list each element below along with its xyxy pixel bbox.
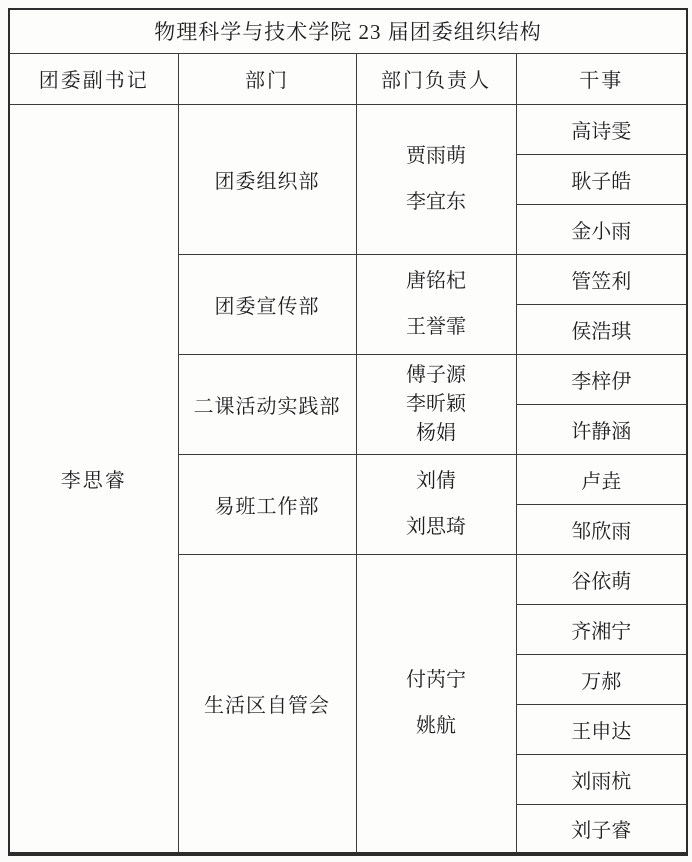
org-structure-table: 物理科学与技术学院 23 届团委组织结构 团委副书记 部门 部门负责人 干事 李… — [8, 8, 688, 856]
leader-name: 杨娟 — [416, 422, 456, 444]
dept-cell-publicity: 团委宣传部 — [178, 254, 356, 354]
staff-cell: 刘子睿 — [516, 804, 687, 854]
leaders-cell-publicity: 唐铭杞 王誉霏 — [356, 254, 516, 354]
table-title: 物理科学与技术学院 23 届团委组织结构 — [9, 9, 687, 53]
header-deputy-secretary: 团委副书记 — [9, 53, 178, 104]
dept-cell-organization: 团委组织部 — [178, 104, 356, 254]
header-row: 团委副书记 部门 部门负责人 干事 — [9, 53, 687, 104]
staff-cell: 王申达 — [516, 704, 687, 754]
leaders-cell-living-area: 付芮宁 姚航 — [356, 554, 516, 854]
leader-name: 傅子源 — [406, 364, 466, 386]
leader-stack: 贾雨萌 李宜东 — [357, 145, 516, 213]
leader-name: 刘思琦 — [406, 516, 466, 538]
leader-stack: 傅子源 李昕颖 杨娟 — [357, 364, 516, 444]
leader-name: 刘倩 — [416, 470, 456, 492]
leader-name: 唐铭杞 — [406, 270, 466, 292]
staff-cell: 管笠利 — [516, 254, 687, 304]
staff-cell: 万郝 — [516, 654, 687, 704]
staff-cell: 金小雨 — [516, 204, 687, 254]
leader-name: 付芮宁 — [406, 669, 466, 691]
header-department-head: 部门负责人 — [356, 53, 516, 104]
staff-cell: 李梓伊 — [516, 354, 687, 404]
leaders-cell-yiban: 刘倩 刘思琦 — [356, 454, 516, 554]
dept-cell-second-class: 二课活动实践部 — [178, 354, 356, 454]
staff-row: 李思睿 团委组织部 贾雨萌 李宜东 高诗雯 — [9, 104, 687, 154]
staff-cell: 耿子皓 — [516, 154, 687, 204]
staff-cell: 邹欣雨 — [516, 504, 687, 554]
staff-cell: 卢垚 — [516, 454, 687, 504]
staff-cell: 侯浩琪 — [516, 304, 687, 354]
staff-cell: 齐湘宁 — [516, 604, 687, 654]
document-sheet: 物理科学与技术学院 23 届团委组织结构 团委副书记 部门 部门负责人 干事 李… — [8, 8, 686, 856]
leader-stack: 唐铭杞 王誉霏 — [357, 270, 516, 338]
staff-cell: 高诗雯 — [516, 104, 687, 154]
staff-cell: 许静涵 — [516, 404, 687, 454]
leader-name: 王誉霏 — [406, 316, 466, 338]
staff-cell: 谷依萌 — [516, 554, 687, 604]
dept-cell-living-area: 生活区自管会 — [178, 554, 356, 854]
secretary-cell: 李思睿 — [9, 104, 178, 854]
leader-name: 贾雨萌 — [406, 145, 466, 167]
leader-name: 姚航 — [416, 715, 456, 737]
leaders-cell-second-class: 傅子源 李昕颖 杨娟 — [356, 354, 516, 454]
staff-cell: 刘雨杭 — [516, 754, 687, 804]
leader-name: 李昕颖 — [406, 393, 466, 415]
leaders-cell-organization: 贾雨萌 李宜东 — [356, 104, 516, 254]
leader-name: 李宜东 — [406, 191, 466, 213]
title-row: 物理科学与技术学院 23 届团委组织结构 — [9, 9, 687, 53]
header-staff: 干事 — [516, 53, 687, 104]
header-department: 部门 — [178, 53, 356, 104]
leader-stack: 刘倩 刘思琦 — [357, 470, 516, 538]
dept-cell-yiban: 易班工作部 — [178, 454, 356, 554]
leader-stack: 付芮宁 姚航 — [357, 669, 516, 737]
